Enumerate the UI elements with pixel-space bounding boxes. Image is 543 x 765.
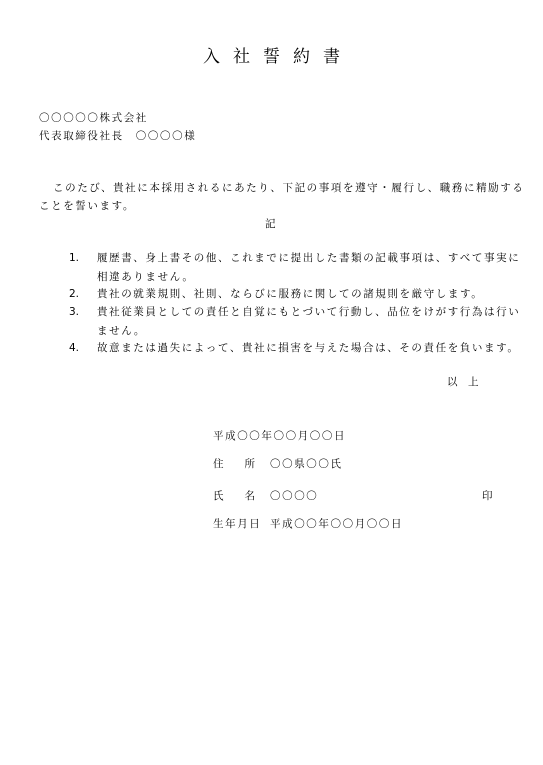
item-line-2: 相違ありません。 xyxy=(97,272,520,283)
closing-ijou: 以 上 xyxy=(447,377,479,388)
item-line-2: ません。 xyxy=(97,326,520,337)
item-text: 故意または過失によって、貴社に損害を与えた場合は、その責任を負います。 xyxy=(97,343,519,354)
ki-heading: 記 xyxy=(265,219,276,230)
item-line-1: 貴社の就業規則、社則、ならびに服務に関しての諸規則を厳守します。 xyxy=(97,288,483,300)
addressee-company: 〇〇〇〇〇株式会社 xyxy=(39,113,148,124)
signature-date: 平成〇〇年〇〇月〇〇日 xyxy=(213,431,346,442)
addressee-person: 代表取締役社長 〇〇〇〇様 xyxy=(39,131,196,142)
name-value: 〇〇〇〇 xyxy=(270,491,318,502)
address-label: 住 所 xyxy=(213,459,255,470)
item-line-1: 貴社従業員としての責任と自覚にもとづいて行動し、品位をけがす行為は行い xyxy=(97,306,520,318)
item-line-1: 故意または過失によって、貴社に損害を与えた場合は、その責任を負います。 xyxy=(97,342,519,354)
body-line-2: ことを誓います。 xyxy=(39,201,135,212)
name-label: 氏 名 xyxy=(213,491,255,502)
address-value: 〇〇県〇〇氏 xyxy=(270,459,343,470)
item-number: 3. xyxy=(69,307,79,318)
seal-mark: 印 xyxy=(482,491,493,502)
document-title: 入社誓約書 xyxy=(0,49,543,66)
item-number: 1. xyxy=(69,253,79,264)
item-number: 2. xyxy=(69,289,79,300)
item-text: 貴社従業員としての責任と自覚にもとづいて行動し、品位をけがす行為は行い ません。 xyxy=(97,307,520,336)
item-text: 履歴書、身上書その他、これまでに提出した書類の記載事項は、すべて事実に 相違あり… xyxy=(97,253,520,282)
item-text: 貴社の就業規則、社則、ならびに服務に関しての諸規則を厳守します。 xyxy=(97,289,483,300)
birthdate-value: 平成〇〇年〇〇月〇〇日 xyxy=(270,519,403,530)
item-line-1: 履歴書、身上書その他、これまでに提出した書類の記載事項は、すべて事実に xyxy=(97,252,520,264)
birthdate-label: 生年月日 xyxy=(213,519,261,530)
body-line-1: このたび、貴社に本採用されるにあたり、下記の事項を遵守・履行し、職務に精励する xyxy=(53,183,524,194)
item-number: 4. xyxy=(69,343,79,354)
